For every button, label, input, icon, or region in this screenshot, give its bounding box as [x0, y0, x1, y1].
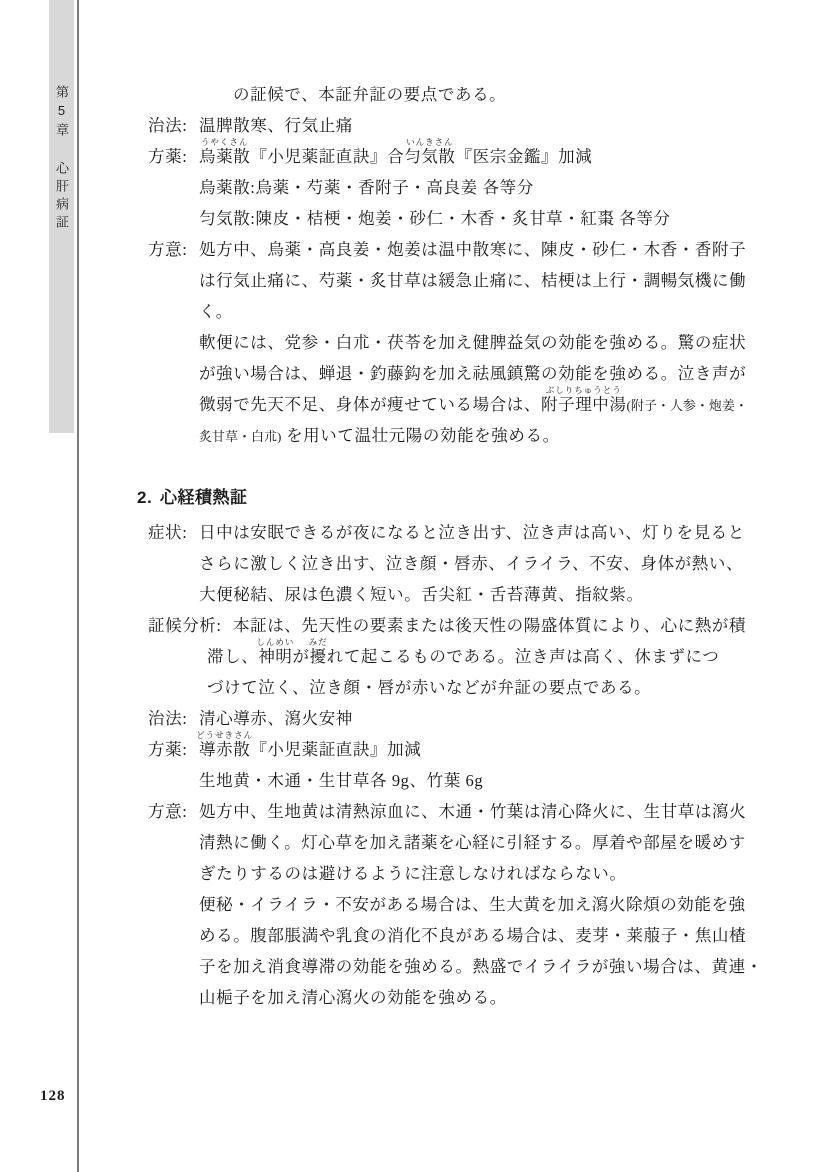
line-hoi-p2-3: 微弱で先天不足、身体が痩せている場合は、ぶしりちゅうとう附子理中湯(附子・人参・… [148, 389, 788, 420]
line-hoi2-1: 方意:処方中、生地黄は清熱涼血に、木通・竹葉は清心降火に、生甘草は瀉火 [148, 796, 788, 827]
line-inkisan-ingredients: 匀気散:陳皮・桔梗・炮姜・砂仁・木香・炙甘草・紅棗 各等分 [148, 203, 788, 234]
intro-line: の証候で、本証弁証の要点である。 [148, 79, 788, 110]
ruby-uyakusan: うやくさん烏薬散 [199, 141, 250, 172]
section-heading: 2.心経積熱証 [137, 482, 788, 513]
formula-ingredients-small: (附子・人参・炮姜・ [627, 398, 748, 413]
ruby-inkisan: いんきさん匀気散 [404, 141, 455, 172]
line-dosage: 生地黄・木通・生甘草各 9g、竹葉 6g [148, 765, 788, 796]
field-label-hoi-2: 方意: [148, 796, 199, 827]
line-hoi2-p2-4: 山梔子を加え清心瀉火の効能を強める。 [148, 982, 788, 1013]
line-hoi-2: は行気止痛に、芍薬・炙甘草は緩急止痛に、桔梗は上行・調暢気機に働 [148, 265, 788, 296]
section-title: 心経積熱証 [160, 488, 248, 507]
ruby-shinmei: しんめい神明 [258, 641, 292, 672]
field-label-hoyaku: 方薬: [148, 141, 199, 172]
line-hoi2-p2-2: める。腹部脹満や乳食の消化不良がある場合は、麦芽・莱菔子・焦山楂 [148, 920, 788, 951]
field-label-bunseki: 証候分析: [148, 610, 233, 641]
chapter-tab-label: 第5章 心肝病証 [52, 85, 71, 433]
line-hoi-p2-1: 軟便には、党参・白朮・茯苓を加え健脾益気の効能を強める。驚の症状 [148, 327, 788, 358]
ruby-bushirichuto: ぶしりちゅうとう附子理中湯 [541, 389, 627, 420]
line-hoi2-p2-1: 便秘・イライラ・不安がある場合は、生大黄を加え瀉火除煩の効能を強 [148, 889, 788, 920]
line-hoi-p2-4: 炙甘草・白朮) を用いて温壮元陽の効能を強める。 [148, 420, 788, 451]
line-hoi-1: 方意:処方中、烏薬・高良姜・炮姜は温中散寒に、陳皮・砂仁・木香・香附子 [148, 234, 788, 265]
line-hoi-p2-2: が強い場合は、蝉退・釣藤鈎を加え祛風鎮驚の効能を強める。泣き声が [148, 358, 788, 389]
line-hoi2-2: 清熱に働く。灯心草を加え諸薬を心経に引経する。厚着や部屋を暖めす [148, 827, 788, 858]
page-number: 128 [40, 1088, 66, 1105]
formula-ingredients-small-2: 炙甘草・白朮) [199, 429, 281, 444]
book-page: 第5章 心肝病証 128 の証候で、本証弁証の要点である。 治法:温脾散寒、行気… [0, 0, 830, 1172]
line-shojo-1: 症状:日中は安眠できるが夜になると泣き出す、泣き声は高い、灯りを見ると [148, 517, 788, 548]
chapter-tab: 第5章 心肝病証 [49, 0, 74, 433]
line-hoi-3: く。 [148, 296, 788, 327]
line-uyakusan-ingredients: 烏薬散:烏薬・芍薬・香附子・高良姜 各等分 [148, 172, 788, 203]
field-label-shojo: 症状: [148, 517, 199, 548]
line-bunseki-3: づけて泣く、泣き顔・唇が赤いなどが弁証の要点である。 [148, 672, 788, 703]
line-hoyaku-1: 方薬:うやくさん烏薬散『小児薬証直訣』合いんきさん匀気散『医宗金鑑』加減 [148, 141, 788, 172]
line-hoyaku-2: 方薬:どうせきさん導赤散『小児薬証直訣』加減 [148, 734, 788, 765]
field-label-chiho-2: 治法: [148, 703, 199, 734]
ruby-mida: みだ擾 [310, 641, 327, 672]
field-label-chiho: 治法: [148, 110, 199, 141]
margin-rule [77, 0, 79, 1172]
field-label-hoi: 方意: [148, 234, 199, 265]
line-bunseki-2: 滞し、しんめい神明がみだ擾れて起こるものである。泣き声は高く、休まずにつ [148, 641, 788, 672]
line-hoi2-3: ぎたりするのは避けるように注意しなければならない。 [148, 858, 788, 889]
field-label-hoyaku-2: 方薬: [148, 734, 199, 765]
ruby-dosekisan: どうせきさん導赤散 [199, 734, 250, 765]
section-number: 2. [137, 482, 160, 513]
line-shojo-2: さらに激しく泣き出す、泣き顔・唇赤、イライラ、不安、身体が熱い、 [148, 548, 788, 579]
line-bunseki-1: 証候分析:本証は、先天性の要素または後天性の陽盛体質により、心に熱が積 [148, 610, 788, 641]
line-hoi2-p2-3: 子を加え消食導滞の効能を強める。熱盛でイライラが強い場合は、黄連・ [148, 951, 788, 982]
line-shojo-3: 大便秘結、尿は色濃く短い。舌尖紅・舌苔薄黄、指紋紫。 [148, 579, 788, 610]
page-content: の証候で、本証弁証の要点である。 治法:温脾散寒、行気止痛 方薬:うやくさん烏薬… [148, 79, 788, 1013]
